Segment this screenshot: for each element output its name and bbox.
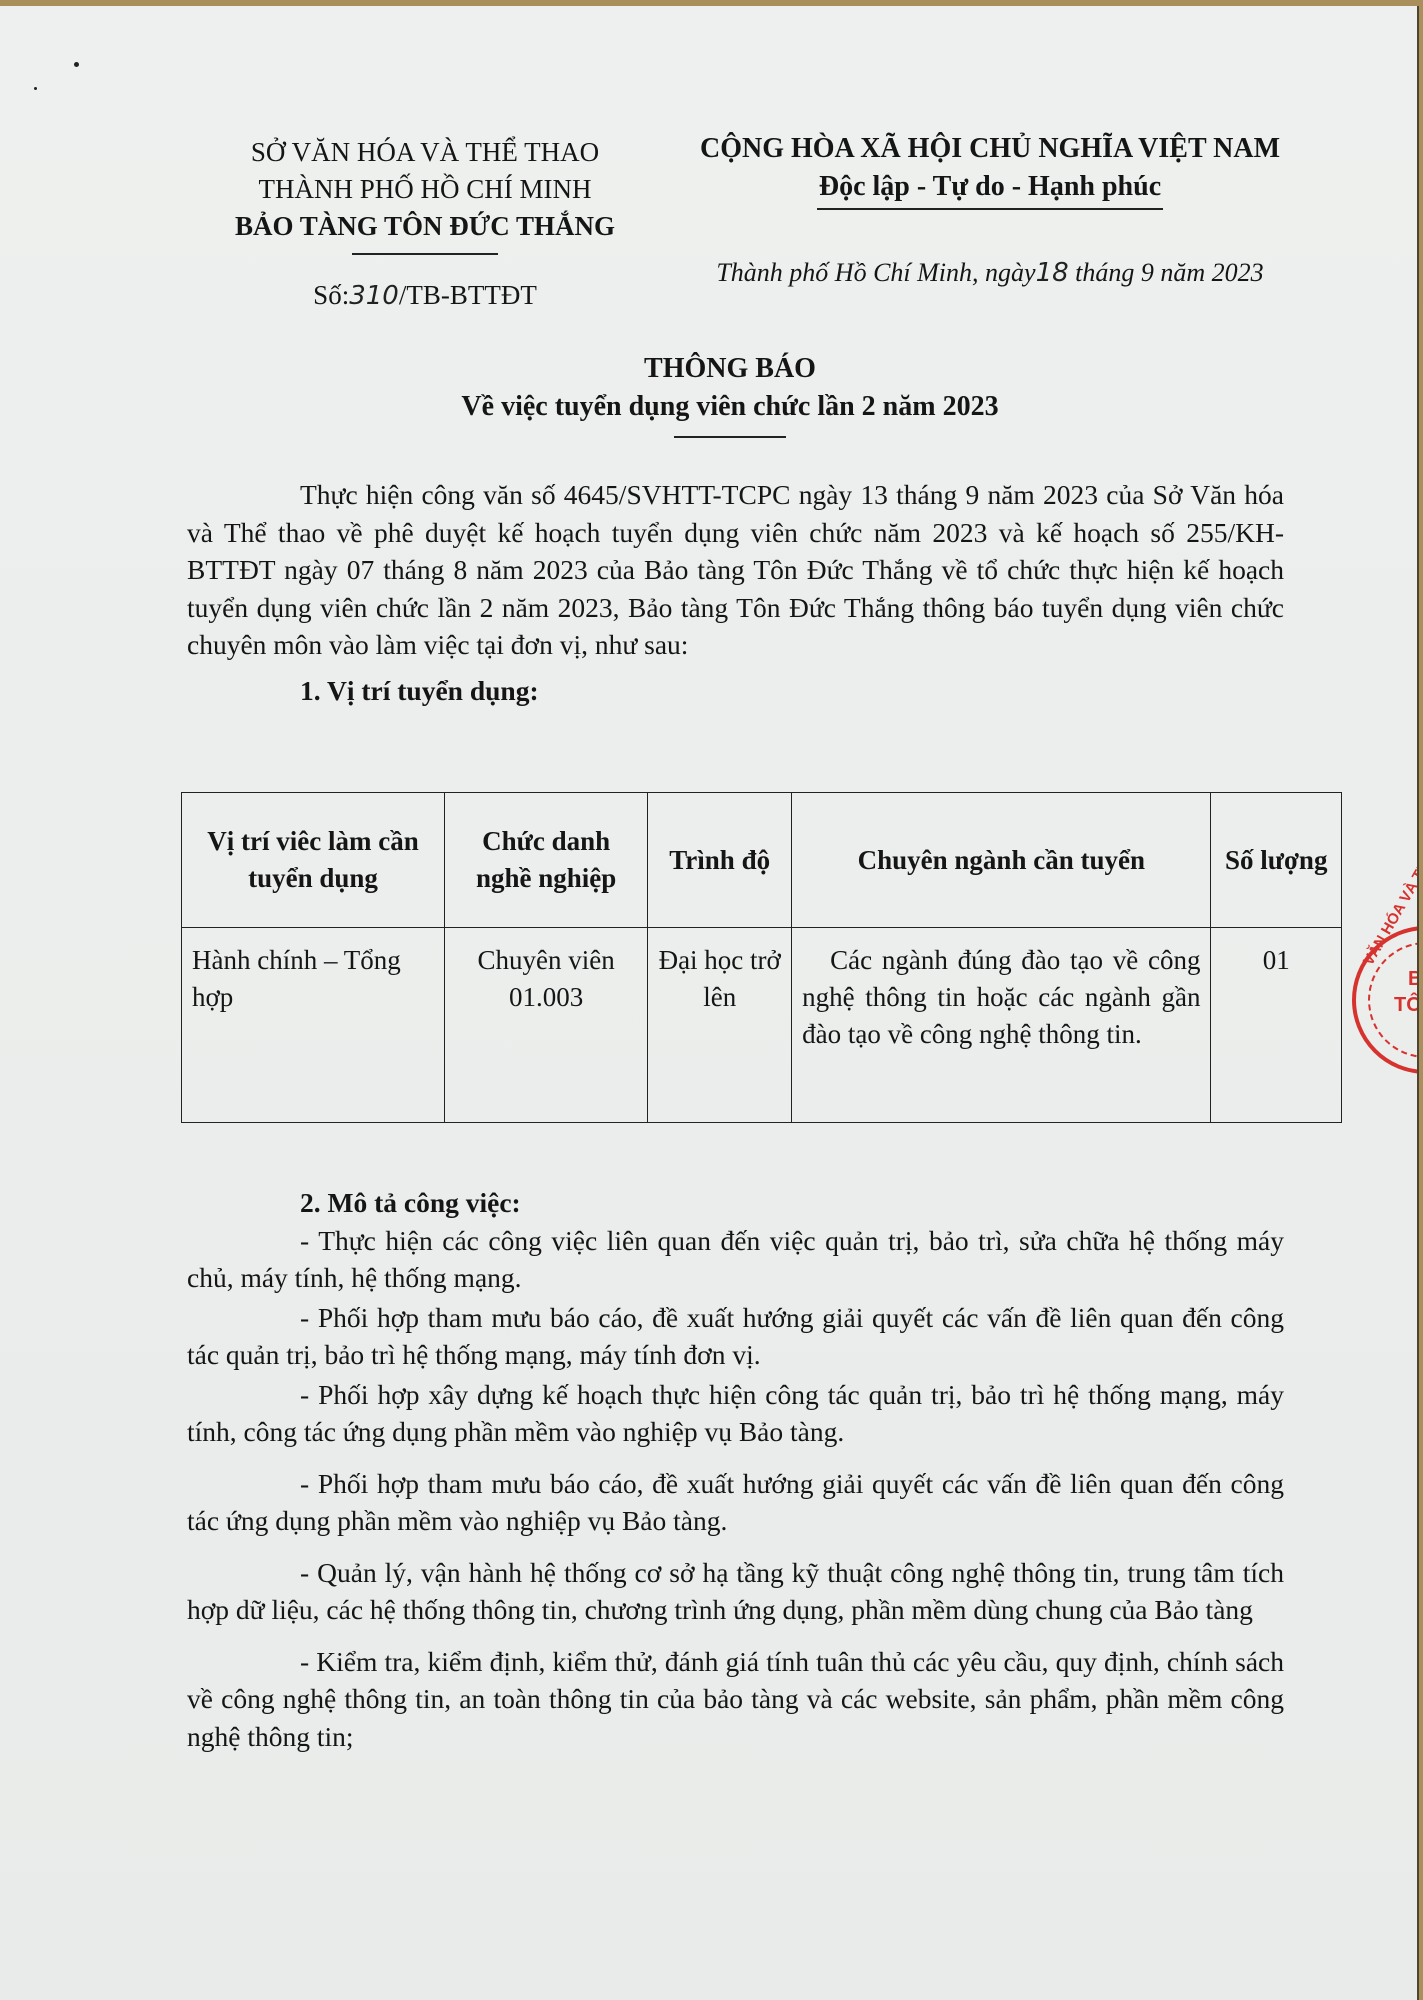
red-seal-stamp: VĂN HÓA VÀ THỂ B TÔN: [1352, 926, 1419, 1074]
duty-item: - Phối hợp xây dựng kế hoạch thực hiện c…: [187, 1376, 1284, 1451]
document-subtitle: Về việc tuyển dụng viên chức lần 2 năm 2…: [280, 388, 1180, 426]
speck: [34, 87, 37, 90]
cell-job-title: Chuyên viên 01.003: [445, 928, 648, 1123]
header-position: Vị trí viêc làm cần tuyển dụng: [182, 793, 445, 928]
national-motto: Độc lập - Tự do - Hạnh phúc: [817, 168, 1163, 210]
intro-section: Thực hiện công văn số 4645/SVHTT-TCPC ng…: [187, 476, 1284, 709]
cell-level: Đại học trở lên: [648, 928, 792, 1123]
header-quantity: Số lượng: [1211, 793, 1342, 928]
header-level: Trình độ: [648, 793, 792, 928]
duty-item: - Kiểm tra, kiểm định, kiểm thử, đánh gi…: [187, 1643, 1284, 1756]
header-major: Chuyên ngành cần tuyển: [792, 793, 1211, 928]
stamp-inner-line-1: B: [1408, 968, 1419, 991]
header-job-title: Chức danh nghề nghiệp: [445, 793, 648, 928]
document-title-block: THÔNG BÁO Về việc tuyển dụng viên chức l…: [280, 350, 1180, 438]
agency-line-2: THÀNH PHỐ HỒ CHÍ MINH: [205, 171, 645, 208]
document-number: Số:310/TB-BTTĐT: [205, 277, 645, 315]
divider: [352, 253, 498, 255]
date-suffix: tháng 9 năm 2023: [1069, 258, 1264, 287]
section-1-heading: 1. Vị trí tuyển dụng:: [187, 672, 1284, 710]
table-header-row: Vị trí viêc làm cần tuyển dụng Chức danh…: [182, 793, 1342, 928]
duty-item: - Thực hiện các công việc liên quan đến …: [187, 1222, 1284, 1297]
section-2-heading: 2. Mô tả công việc:: [187, 1184, 1284, 1222]
doc-number-suffix: /TB-BTTĐT: [399, 280, 537, 310]
cell-quantity: 01: [1211, 928, 1342, 1123]
duty-item: - Phối hợp tham mưu báo cáo, đề xuất hướ…: [187, 1465, 1284, 1540]
table-row: Hành chính – Tổng hợp Chuyên viên 01.003…: [182, 928, 1342, 1123]
agency-line-1: SỞ VĂN HÓA VÀ THỂ THAO: [205, 134, 645, 171]
document-page: SỞ VĂN HÓA VÀ THỂ THAO THÀNH PHỐ HỒ CHÍ …: [0, 6, 1419, 2000]
doc-number-prefix: Số:: [313, 280, 349, 310]
duty-item: - Quản lý, vận hành hệ thống cơ sở hạ tầ…: [187, 1554, 1284, 1629]
cell-position: Hành chính – Tổng hợp: [182, 928, 445, 1123]
document-title: THÔNG BÁO: [280, 350, 1180, 388]
date-day-handwritten: 18: [1036, 258, 1069, 288]
issuing-agency-block: SỞ VĂN HÓA VÀ THỂ THAO THÀNH PHỐ HỒ CHÍ …: [205, 134, 645, 315]
divider: [674, 436, 786, 438]
doc-number-handwritten: 310: [349, 281, 399, 311]
stamp-inner-line-2: TÔN: [1394, 994, 1419, 1017]
positions-table: Vị trí viêc làm cần tuyển dụng Chức danh…: [181, 792, 1342, 1123]
issue-date: Thành phố Hồ Chí Minh, ngày18 tháng 9 nă…: [680, 254, 1300, 292]
date-prefix: Thành phố Hồ Chí Minh, ngày: [716, 258, 1035, 287]
national-header-block: CỘNG HÒA XÃ HỘI CHỦ NGHĨA VIỆT NAM Độc l…: [680, 130, 1300, 292]
speck: [74, 62, 79, 67]
nation-title: CỘNG HÒA XÃ HỘI CHỦ NGHĨA VIỆT NAM: [680, 130, 1300, 168]
organization-name: BẢO TÀNG TÔN ĐỨC THẮNG: [205, 208, 645, 245]
duty-item: - Phối hợp tham mưu báo cáo, đề xuất hướ…: [187, 1299, 1284, 1374]
cell-major: Các ngành đúng đào tạo về công nghệ thôn…: [792, 928, 1211, 1123]
stamp-ring-text: VĂN HÓA VÀ THỂ: [1360, 849, 1419, 968]
intro-paragraph: Thực hiện công văn số 4645/SVHTT-TCPC ng…: [187, 476, 1284, 664]
section-2: 2. Mô tả công việc: - Thực hiện các công…: [187, 1184, 1284, 1755]
